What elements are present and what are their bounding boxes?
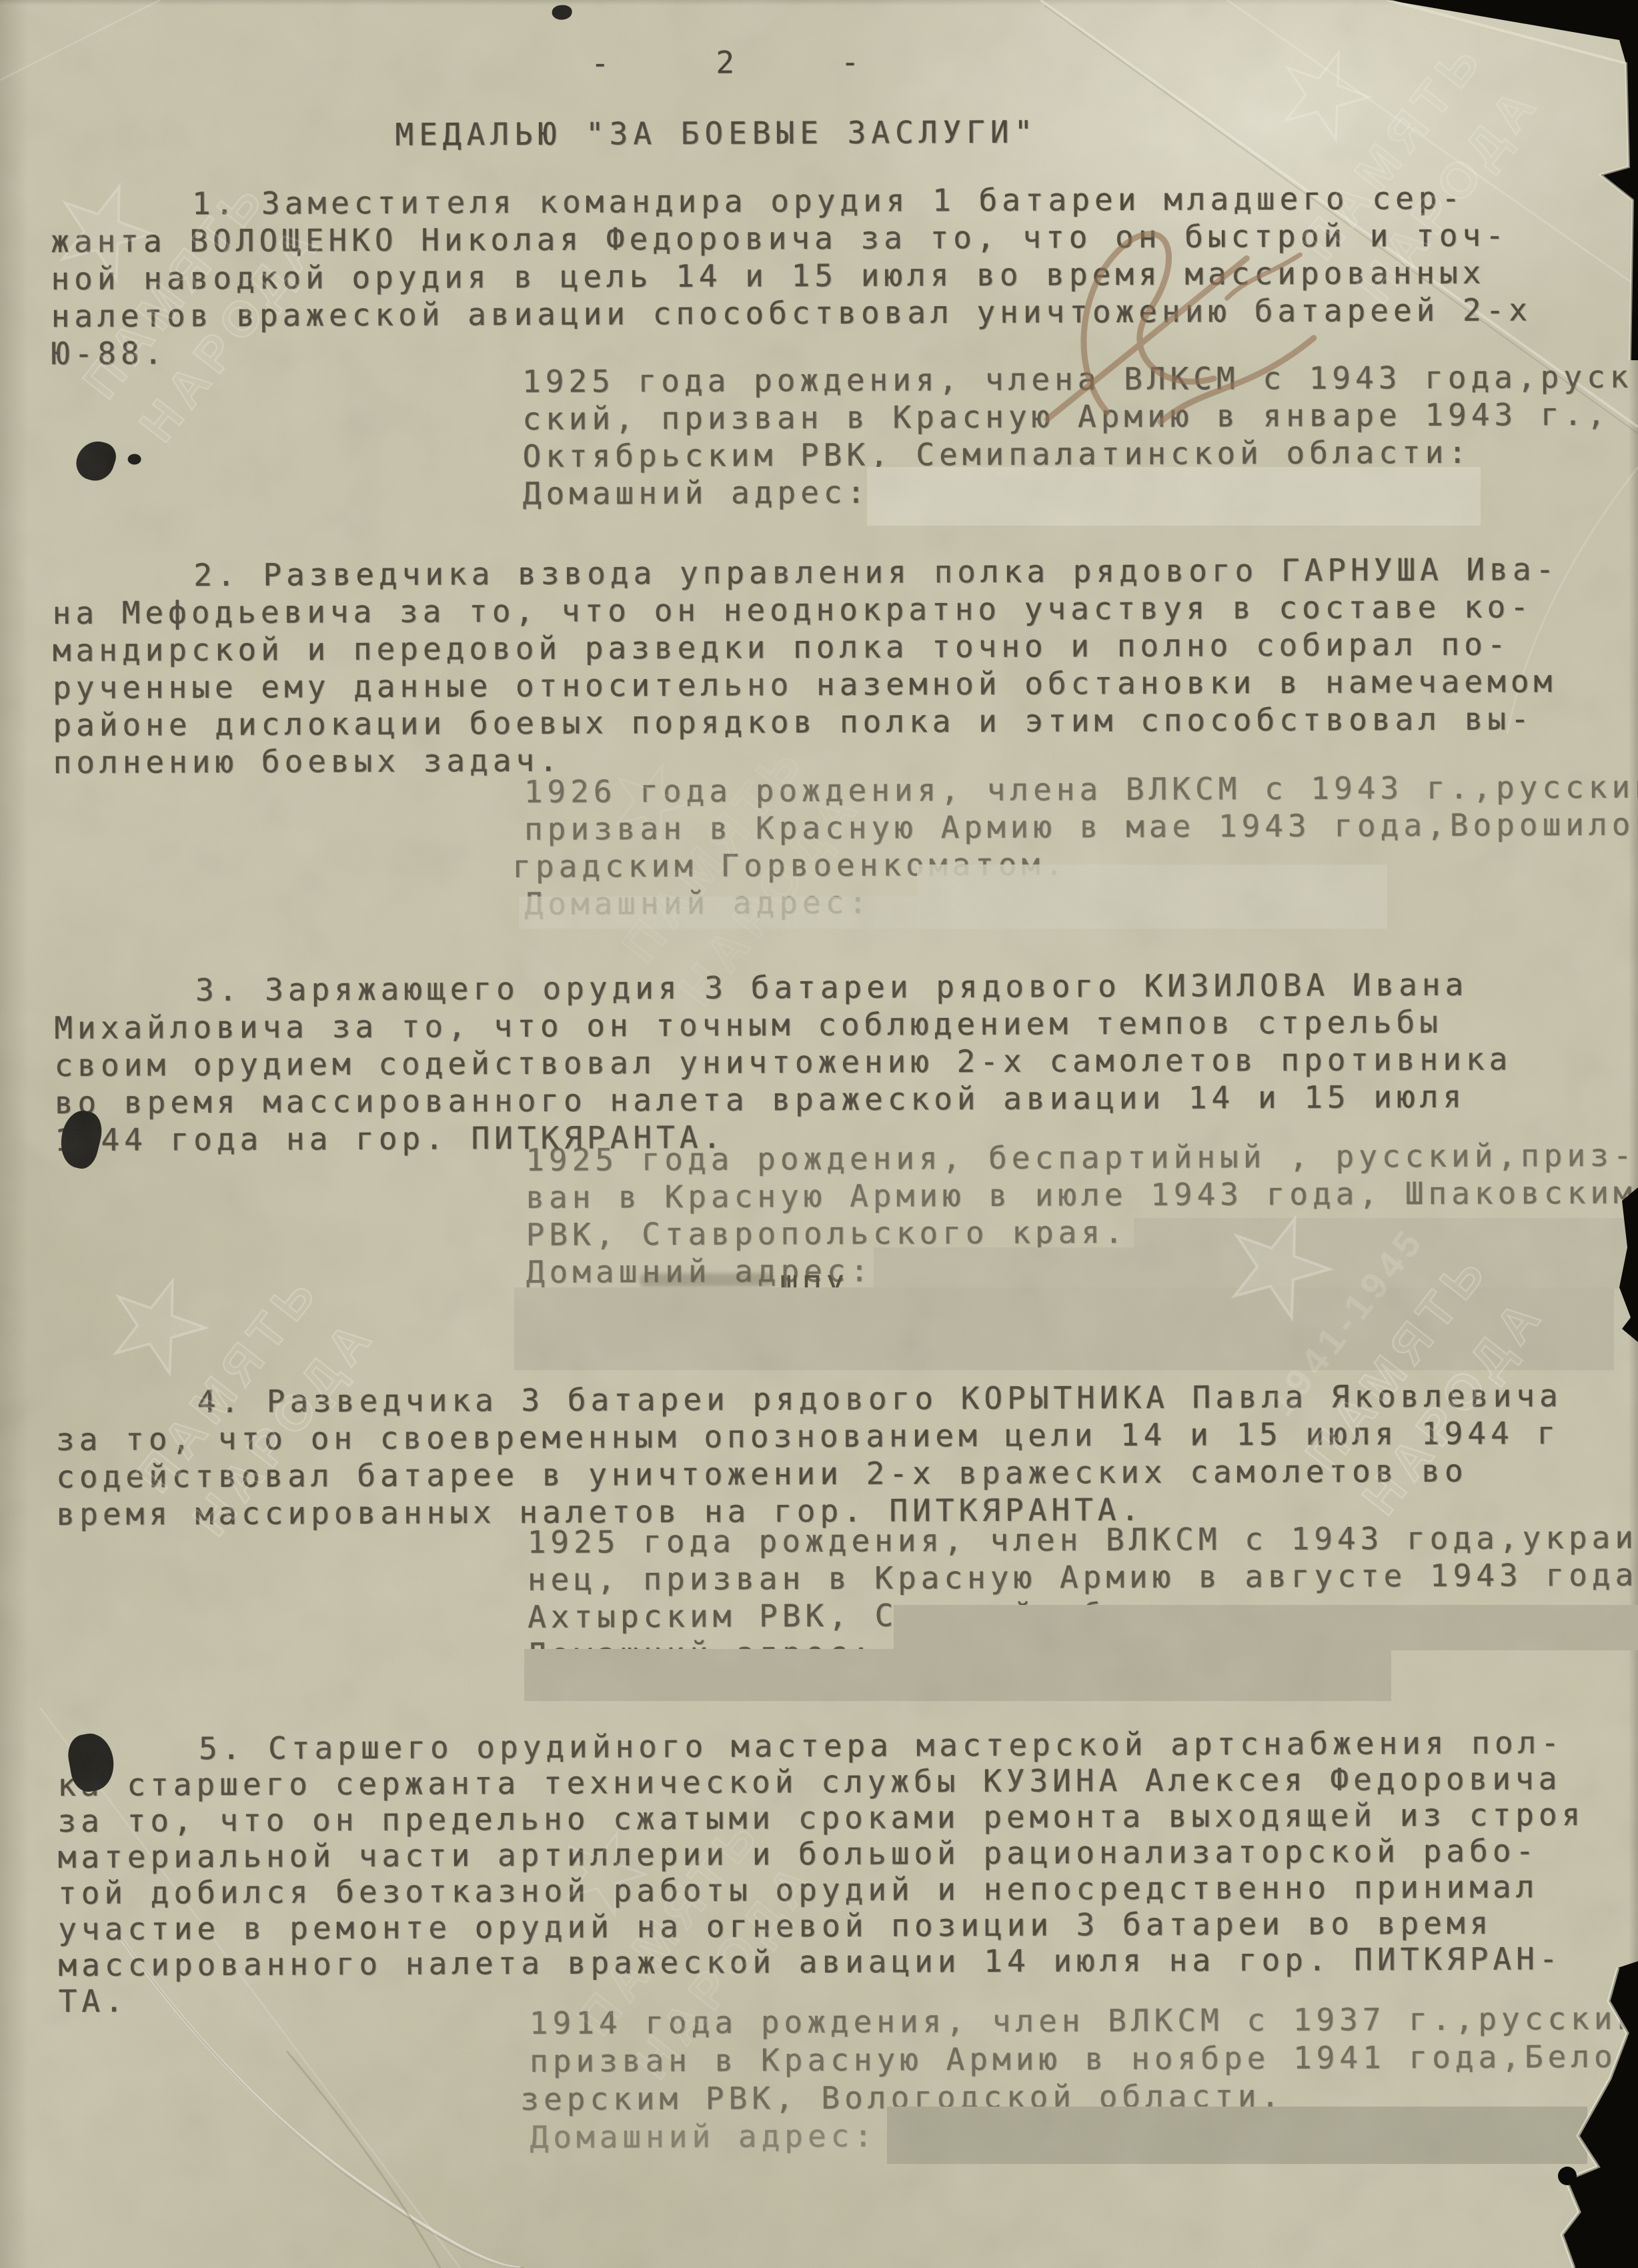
- entry-2-citation: 2. Разведчика взвода управления полка ря…: [52, 552, 1638, 783]
- ink-blob: [128, 454, 141, 464]
- details-line: Домашний адрес:: [530, 2115, 1638, 2158]
- citation-line: налетов вражеской авиации способствовал …: [51, 293, 1638, 337]
- details-line: 1926 года рождения, члена ВЛКСМ с 1943 г…: [524, 770, 1638, 812]
- details-line: зерским РВК, Вологодской области.: [520, 2077, 1638, 2120]
- entry-4-details: 1925 года рождения, член ВЛКСМ с 1943 го…: [528, 1520, 1638, 1674]
- details-line: призван в Красную Армию в ноябре 1941 го…: [530, 2039, 1638, 2082]
- details-line: Домашний адрес:: [523, 472, 1638, 514]
- entry-2-details: 1926 года рождения, члена ВЛКСМ с 1943 г…: [524, 770, 1638, 925]
- entry-1-details: 1925 года рождения, члена ВЛКСМ с 1943 г…: [522, 360, 1638, 514]
- document-title: МЕДАЛЬЮ "ЗА БОЕВЫЕ ЗАСЛУГИ": [395, 114, 1038, 153]
- details-line: Ахтырским РВК, Сумской обл.: [528, 1595, 1638, 1637]
- citation-line: во время массированного налета вражеской…: [55, 1079, 1638, 1123]
- details-line: призван в Красную Армию в мае 1943 года,…: [524, 808, 1638, 850]
- entry-3-details: 1925 года рождения, беспартийный , русск…: [526, 1139, 1638, 1293]
- details-line: РВК, Ставропольского края.: [526, 1213, 1638, 1255]
- details-line: Домашний адрес:: [528, 1632, 1638, 1674]
- details-line: 1925 года рождения, член ВЛКСМ с 1943 го…: [528, 1520, 1638, 1562]
- details-line: нец, призван в Красную Армию в августе 1…: [528, 1558, 1638, 1600]
- scanned-document: - 2 - МЕДАЛЬЮ "ЗА БОЕВЫЕ ЗАСЛУГИ" 1. Зам…: [0, 0, 1638, 2268]
- typewritten-text: - 2 - МЕДАЛЬЮ "ЗА БОЕВЫЕ ЗАСЛУГИ" 1. Зам…: [0, 0, 1638, 2268]
- citation-line: содействовал батарее в уничтожении 2-х в…: [56, 1454, 1638, 1498]
- citation-line: районе дислокации боевых порядков полка …: [53, 702, 1638, 746]
- details-line: 1914 года рождения, член ВЛКСМ с 1937 г.…: [530, 2001, 1638, 2044]
- entry-3-citation: 3. Заряжающего орудия 3 батареи рядового…: [54, 967, 1638, 1161]
- details-line: ван в Красную Армию в июле 1943 года, Шп…: [526, 1176, 1638, 1218]
- details-line: Домашний адрес:: [524, 883, 1638, 925]
- ink-blob: [552, 5, 572, 20]
- partially-redacted-fragment: ШПУ: [780, 1269, 849, 1287]
- ink-blob: [72, 436, 120, 486]
- illegible-text-smear: [640, 1273, 773, 1287]
- details-line: 1925 года рождения, беспартийный , русск…: [526, 1139, 1638, 1181]
- entry-5-details: 1914 года рождения, член ВЛКСМ с 1937 г.…: [530, 2001, 1638, 2158]
- entry-5-citation: 5. Старшего орудийного мастера мастерско…: [57, 1726, 1638, 2021]
- entry-1-citation: 1. Заместителя командира орудия 1 батаре…: [51, 181, 1638, 374]
- entry-4-citation: 4. Разведчика 3 батареи рядового КОРЫТНИ…: [56, 1379, 1638, 1535]
- page-number: - 2 -: [591, 44, 864, 81]
- details-line: Октябрьским РВК, Семипалатинской области…: [522, 435, 1638, 477]
- details-line: ский, призван в Красную Армию в январе 1…: [522, 398, 1638, 440]
- details-line: градским Горвоенкоматом.: [512, 845, 1638, 887]
- details-line: 1925 года рождения, члена ВЛКСМ с 1943 г…: [522, 360, 1638, 402]
